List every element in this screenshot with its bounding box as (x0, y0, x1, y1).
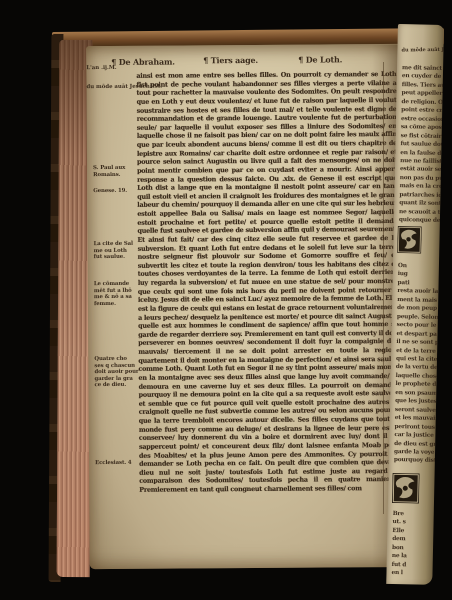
margin-note-genese-19: Genese. 19. (93, 188, 140, 195)
recto-text-fragment: me dit sainct B en cuyder de pl filles. … (399, 64, 444, 226)
gutter-crease-line (383, 62, 384, 514)
woodcut-initial-icon (392, 473, 420, 504)
margin-note-quatre-choses: Quatre cho ses q chascun doit auoir pour… (94, 356, 141, 389)
recto-text-fragment: On iug pati resta auoir la ment la mais … (394, 262, 444, 466)
verso-page: ¶ De Abraham. ¶ Tiers aage. ¶ De Loth. L… (86, 44, 408, 569)
margin-note-ecclesiast: Ecclesiast. 4 (95, 460, 142, 467)
margin-note-st-paul: S. Paul aux Romains. (93, 165, 140, 179)
book-photograph: ¶ De Abraham. ¶ Tiers aage. ¶ De Loth. L… (0, 0, 452, 600)
recto-running-head: du mōde auāt Jesuchrist. (401, 46, 444, 53)
woodcut-initial-icon (397, 226, 422, 253)
recto-text-fragment: Bre ut. s Elle dem bon ne la fut d en l (391, 510, 444, 579)
margin-note-cite-salme: La cite de Sal me ou Loth fut saulue. (94, 241, 141, 261)
running-head-right: ¶ De Loth. (298, 54, 342, 64)
running-head-center: ¶ Tiers aage. (203, 55, 258, 65)
margin-note-commandement: Le cōmande mēt fut a lhō me & nō a sa fe… (94, 281, 141, 308)
body-text-block: ainsi est mon ame entre ses belles fille… (136, 70, 399, 508)
running-head-left: ¶ De Abraham. (111, 56, 175, 66)
